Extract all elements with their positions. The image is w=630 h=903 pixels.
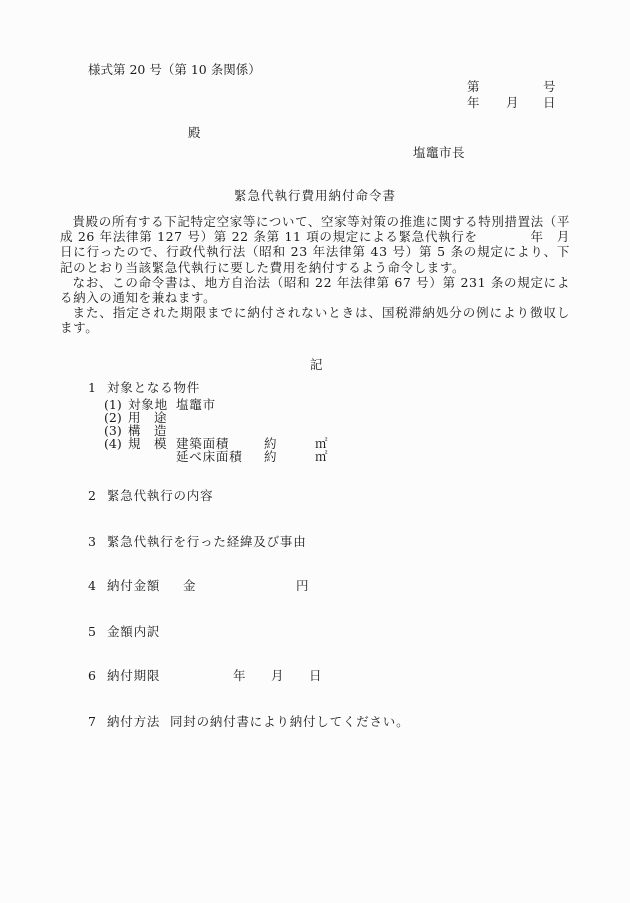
amount-prefix: 金	[183, 578, 196, 594]
doc-number-prefix: 第	[467, 79, 480, 95]
date-year: 年	[467, 95, 480, 111]
item-label: 対象となる物件	[107, 380, 200, 396]
paragraph-order: 貴殿の所有する下記特定空家等について、空家等対策の推進に関する特別措置法（平成 …	[60, 214, 570, 275]
deadline-month: 月	[271, 668, 284, 684]
body-text: 貴殿の所有する下記特定空家等について、空家等対策の推進に関する特別措置法（平成 …	[60, 214, 570, 336]
date-month: 月	[506, 95, 519, 111]
issuer: 塩竈市長	[413, 145, 465, 161]
document-title: 緊急代執行費用納付命令書	[0, 188, 630, 204]
addressee: 殿	[188, 125, 201, 141]
doc-number-suffix: 号	[543, 79, 556, 95]
paragraph-collection: また、指定された期限までに納付されないときは、国税滞納処分の例により徴収します。	[60, 305, 570, 335]
deadline-year: 年	[233, 668, 246, 684]
ki-heading: 記	[310, 357, 323, 373]
paragraph-notice: なお、この命令書は、地方自治法（昭和 22 年法律第 67 号）第 231 条の…	[60, 275, 570, 305]
deadline-day: 日	[309, 668, 322, 684]
amount-suffix: 円	[296, 578, 309, 594]
item-number: 1	[88, 380, 96, 396]
form-number: 様式第 20 号（第 10 条関係）	[88, 62, 261, 78]
date-day: 日	[543, 95, 556, 111]
payment-method-value: 同封の納付書により納付してください。	[170, 714, 409, 730]
